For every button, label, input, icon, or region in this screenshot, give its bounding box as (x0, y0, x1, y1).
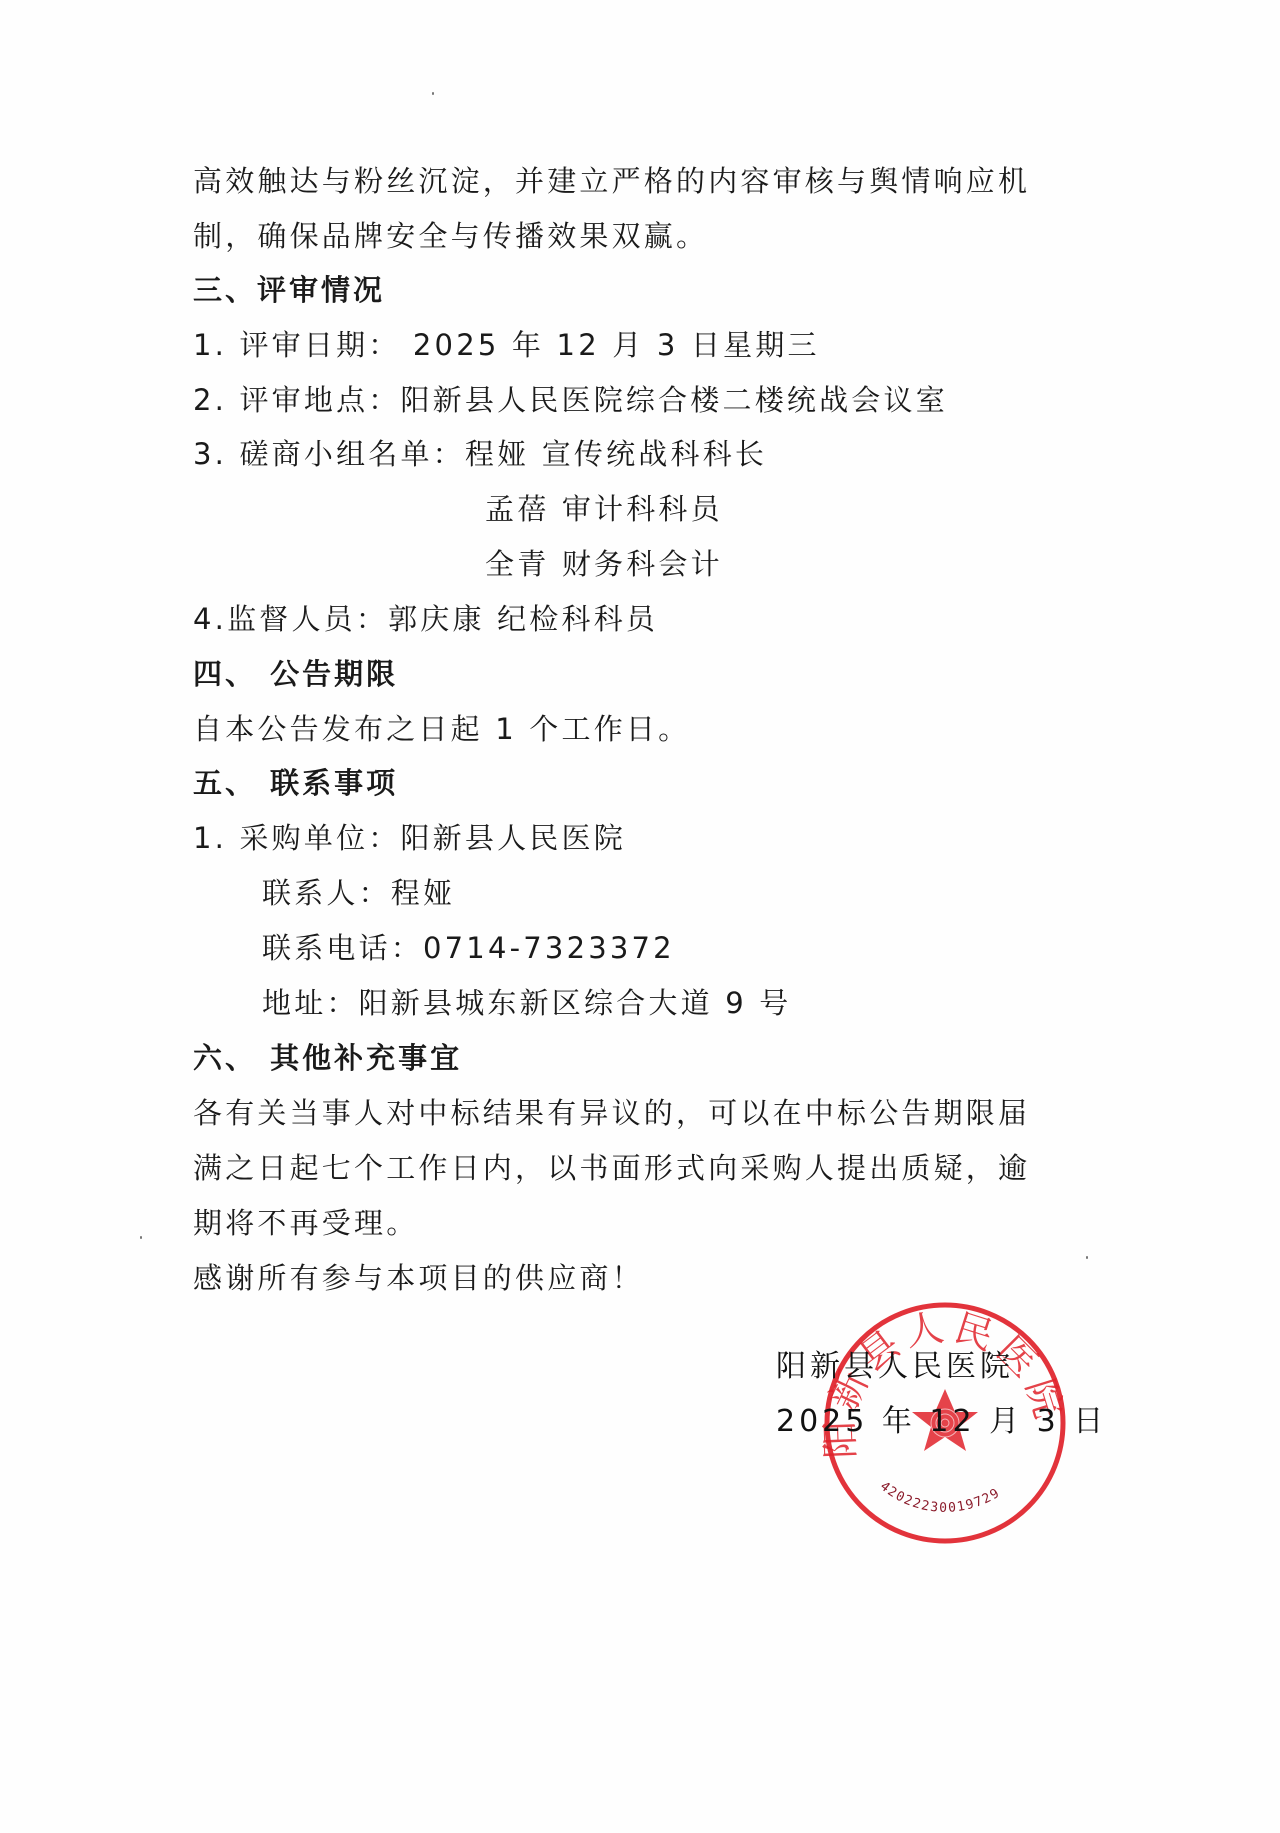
purchaser: 1. 采购单位：阳新县人民医院 (193, 818, 626, 858)
contact-phone: 联系电话：0714-7323372 (262, 928, 675, 968)
panel-member: 全青 财务科会计 (485, 544, 723, 584)
objection-line: 各有关当事人对中标结果有异议的，可以在中标公告期限届 (193, 1093, 1030, 1133)
section-heading: 五、 联系事项 (193, 763, 398, 803)
review-date: 1. 评审日期： 2025 年 12 月 3 日星期三 (193, 325, 820, 365)
panel-member: 孟蓓 审计科科员 (485, 489, 723, 529)
section-heading: 三、评审情况 (193, 270, 385, 310)
scan-speck (140, 1236, 142, 1239)
signature-org: 阳新县人民医院 (776, 1347, 1014, 1387)
contact-address: 地址：阳新县城东新区综合大道 9 号 (262, 983, 792, 1023)
intro-line: 制，确保品牌安全与传播效果双赢。 (193, 216, 708, 256)
objection-line: 期将不再受理。 (193, 1203, 418, 1243)
section-heading: 六、 其他补充事宜 (193, 1038, 462, 1078)
svg-text:42022230019729: 42022230019729 (877, 1479, 1003, 1516)
document-page: 高效触达与粉丝沉淀，并建立严格的内容审核与舆情响应机 制，确保品牌安全与传播效果… (0, 0, 1280, 1833)
objection-line: 满之日起七个工作日内，以书面形式向采购人提出质疑，逾 (193, 1148, 1030, 1188)
section-heading: 四、 公告期限 (193, 654, 398, 694)
notice-period: 自本公告发布之日起 1 个工作日。 (193, 709, 690, 749)
scan-speck (1086, 1256, 1088, 1259)
review-location: 2. 评审地点：阳新县人民医院综合楼二楼统战会议室 (193, 380, 948, 420)
seal-code: 42022230019729 (877, 1479, 1003, 1516)
signature-date: 2025 年 12 月 3 日 (776, 1402, 1107, 1442)
supervisor: 4.监督人员：郭庆康 纪检科科员 (193, 599, 658, 639)
panel-list: 3. 磋商小组名单：程娅 宣传统战科科长 (193, 434, 767, 474)
scan-speck (432, 92, 434, 95)
contact-person: 联系人：程娅 (262, 873, 455, 913)
thanks-line: 感谢所有参与本项目的供应商！ (193, 1258, 644, 1298)
intro-line: 高效触达与粉丝沉淀，并建立严格的内容审核与舆情响应机 (193, 161, 1030, 201)
